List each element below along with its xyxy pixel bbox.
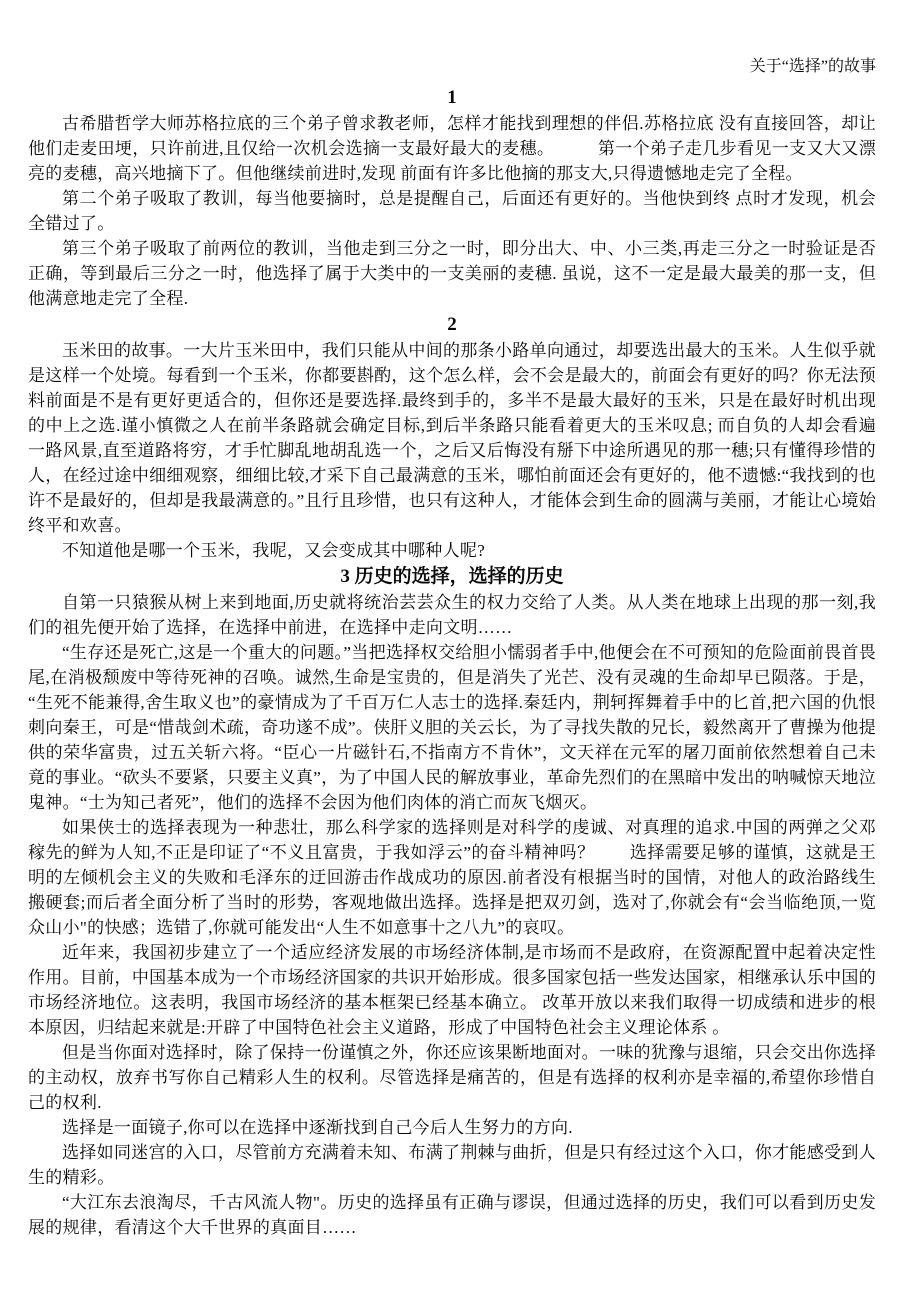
paragraph: 不知道他是哪一个玉米，我呢，又会变成其中哪种人呢? xyxy=(28,538,876,563)
document-page: 关于“选择”的故事 1 古希腊哲学大师苏格拉底的三个弟子曾求教老师，怎样才能找到… xyxy=(0,0,920,1302)
paragraph: 第三个弟子吸取了前两位的教训，当他走到三分之一时，即分出大、中、小三类,再走三分… xyxy=(28,236,876,311)
paragraph: 选择如同迷宫的入口，尽管前方充满着未知、布满了荆棘与曲折，但是只有经过这个入口，… xyxy=(28,1140,876,1190)
section-1-heading: 1 xyxy=(28,84,876,111)
paragraph: “大江东去浪淘尽，千古风流人物"。历史的选择虽有正确与谬误，但通过选择的历史，我… xyxy=(28,1190,876,1240)
paragraph: 玉米田的故事。一大片玉米田中，我们只能从中间的那条小路单向通过，却要选出最大的玉… xyxy=(28,338,876,538)
paragraph: 但是当你面对选择时，除了保持一份谨慎之外，你还应该果断地面对。一味的犹豫与退缩，… xyxy=(28,1040,876,1115)
paragraph: 如果侠士的选择表现为一种悲壮，那么科学家的选择则是对科学的虔诚、对真理的追求.中… xyxy=(28,815,876,940)
section-3-heading: 3 历史的选择，选择的历史 xyxy=(28,563,876,590)
section-2-heading: 2 xyxy=(28,311,876,338)
paragraph: 自第一只猿猴从树上来到地面,历史就将统治芸芸众生的权力交给了人类。从人类在地球上… xyxy=(28,590,876,640)
document-header-title: 关于“选择”的故事 xyxy=(28,56,876,78)
paragraph: 近年来，我国初步建立了一个适应经济发展的市场经济体制,是市场而不是政府，在资源配… xyxy=(28,940,876,1040)
paragraph: “生存还是死亡,这是一个重大的问题。”当把选择权交给胆小懦弱者手中,他便会在不可… xyxy=(28,640,876,815)
paragraph: 选择是一面镜子,你可以在选择中逐渐找到自己今后人生努力的方向. xyxy=(28,1115,876,1140)
paragraph: 第二个弟子吸取了教训，每当他要摘时，总是提醒自己，后面还有更好的。当他快到终 点… xyxy=(28,186,876,236)
paragraph: 古希腊哲学大师苏格拉底的三个弟子曾求教老师，怎样才能找到理想的伴侣.苏格拉底 没… xyxy=(28,111,876,186)
